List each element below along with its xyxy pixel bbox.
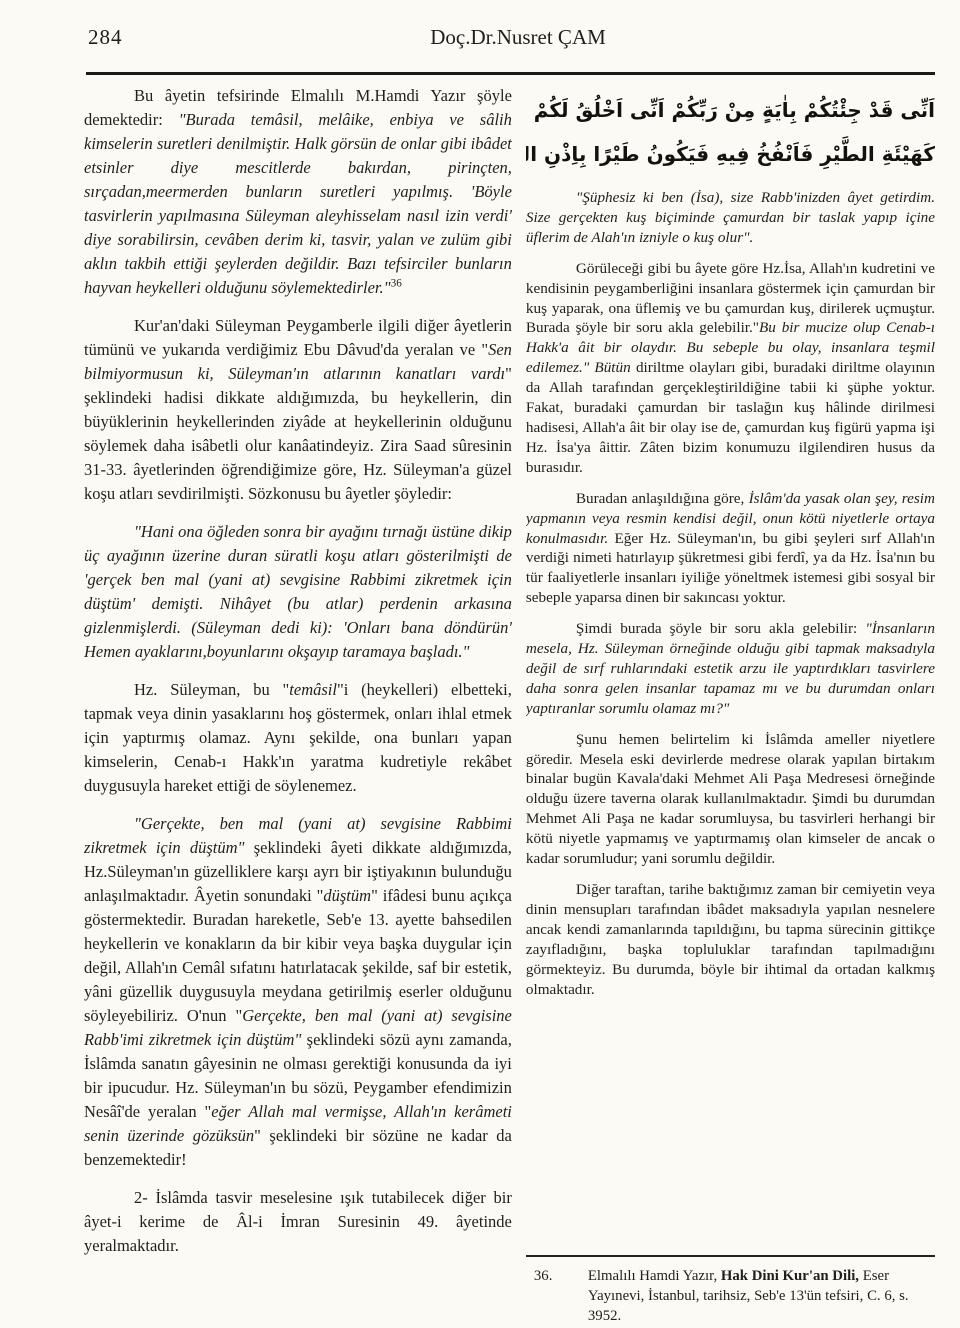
text-run: Şimdi burada şöyle bir soru akla gelebil… [576,620,865,637]
text-run: Kur'an'daki Süleyman Peygamberle ilgili … [84,316,512,359]
left-column: Bu âyetin tefsirinde Elmalılı M.Hamdi Ya… [84,84,512,1328]
text-run: "Şüphesiz ki ben (İsa), size Rabb'inizde… [526,189,935,246]
text-run: diriltme olayları gibi, buradaki diriltm… [526,359,935,476]
right-column: اَنِّى قَدْ جِئْتُكُمْ بِاٰيَةٍ مِنْ رَب… [526,84,935,1328]
text-run: "Burada temâsil, melâike, enbiya ve sâli… [84,110,512,297]
footnote-text: Elmalılı Hamdi Yazır, Hak Dini Kur'an Di… [588,1266,935,1326]
footnote: 36. Elmalılı Hamdi Yazır, Hak Dini Kur'a… [526,1255,935,1328]
footnote-row: 36. Elmalılı Hamdi Yazır, Hak Dini Kur'a… [526,1266,935,1326]
paragraph: "Gerçekte, ben mal (yani at) sevgisine R… [84,812,512,1172]
header-author-title: Doç.Dr.Nusret ÇAM [430,25,606,50]
text-run: 2- İslâmda tasvir meselesine ışık tutabi… [84,1188,512,1255]
right-column-text: "Şüphesiz ki ben (İsa), size Rabb'inizde… [526,188,935,999]
two-column-body: Bu âyetin tefsirinde Elmalılı M.Hamdi Ya… [84,84,935,1328]
paragraph: Görüleceği gibi bu âyete göre Hz.İsa, Al… [526,259,935,478]
paragraph: Şunu hemen belirtelim ki İslâmda ameller… [526,730,935,869]
text-run: Elmalılı Hamdi Yazır, [588,1268,721,1284]
text-run: Buradan anlaşıldığına göre, [576,490,749,507]
paragraph: Hz. Süleyman, bu "temâsil"i (heykelleri)… [84,678,512,798]
footnote-reference: 36 [391,278,402,290]
paragraph: Kur'an'daki Süleyman Peygamberle ilgili … [84,314,512,506]
paragraph: Diğer taraftan, tarihe baktığımız zaman … [526,880,935,999]
arabic-verse-line-2: كَهَيْئَةِ الطَّيْرِ فَاَنْفُخُ فِيهِ فَ… [526,132,935,176]
text-run: temâsil [289,680,337,699]
arabic-verse-line-1: اَنِّى قَدْ جِئْتُكُمْ بِاٰيَةٍ مِنْ رَب… [526,88,935,132]
text-run: " şeklindeki hadisi dikkate aldığımızda,… [84,364,512,503]
text-run: Hak Dini Kur'an Dili, [721,1268,859,1284]
paragraph: Buradan anlaşıldığına göre, İslâm'da yas… [526,489,935,608]
paragraph: 2- İslâmda tasvir meselesine ışık tutabi… [84,1186,512,1258]
text-run: Hz. Süleyman, bu " [134,680,289,699]
text-run: düştüm [323,886,371,905]
text-run: " ifâdesi bunu açıkça göstermektedir. Bu… [84,886,512,1025]
paragraph: "Şüphesiz ki ben (İsa), size Rabb'inizde… [526,188,935,248]
paragraph: Bu âyetin tefsirinde Elmalılı M.Hamdi Ya… [84,84,512,300]
text-run: "Hani ona öğleden sonra bir ayağını tırn… [84,522,512,661]
paragraph: Şimdi burada şöyle bir soru akla gelebil… [526,619,935,719]
footnote-number: 36. [526,1266,588,1326]
paragraph: "Hani ona öğleden sonra bir ayağını tırn… [84,520,512,664]
scanned-page: 284 Doç.Dr.Nusret ÇAM Bu âyetin tefsirin… [0,0,960,1328]
page-header: 284 Doç.Dr.Nusret ÇAM [0,0,960,67]
arabic-calligraphy: اَنِّى قَدْ جِئْتُكُمْ بِاٰيَةٍ مِنْ رَب… [526,84,935,188]
page-number: 284 [88,25,123,50]
header-rule [86,72,935,75]
text-run: Şunu hemen belirtelim ki İslâmda ameller… [526,731,935,867]
footnote-rule [526,1255,935,1257]
text-run: Diğer taraftan, tarihe baktığımız zaman … [526,881,935,998]
